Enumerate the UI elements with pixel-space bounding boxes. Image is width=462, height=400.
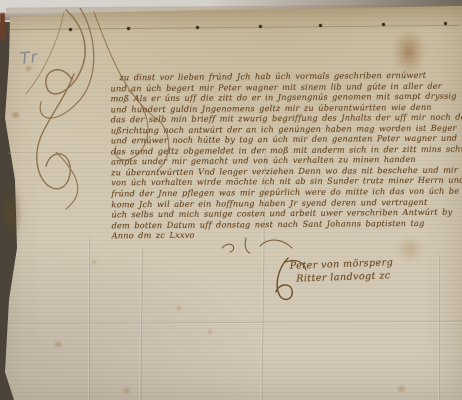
- pin-hole: [196, 26, 199, 29]
- foxing-spot: [92, 260, 96, 264]
- pin-hole: [319, 24, 322, 27]
- foxing-spot: [124, 388, 130, 393]
- stain-left-edge: [0, 182, 22, 244]
- crease-vertical: [88, 238, 90, 400]
- pin-hole: [259, 25, 262, 28]
- signature-block: Peter von mörsperg Ritter landvogt zc: [290, 256, 394, 286]
- archival-mark: Tr: [19, 47, 40, 68]
- letter-body: zu dinst vor lieben frúnd Jch hab úch vo…: [110, 70, 453, 241]
- foxing-spot: [176, 306, 181, 310]
- pin-hole: [127, 27, 130, 30]
- stain-mid-right: [396, 236, 424, 262]
- foxing-spot: [55, 342, 61, 347]
- stain-top-right: [392, 28, 426, 76]
- pin-hole: [444, 22, 447, 25]
- foxing-spot: [12, 112, 19, 118]
- left-edge-ink-mark: [0, 13, 5, 39]
- foxing-spot: [398, 386, 405, 392]
- photograph-of-manuscript-letter: { "document": { "kind": "handwritten let…: [0, 0, 462, 400]
- pin-hole: [69, 28, 72, 31]
- foxing-spot: [208, 330, 212, 334]
- pin-hole: [382, 23, 385, 26]
- crease-vertical: [438, 255, 440, 400]
